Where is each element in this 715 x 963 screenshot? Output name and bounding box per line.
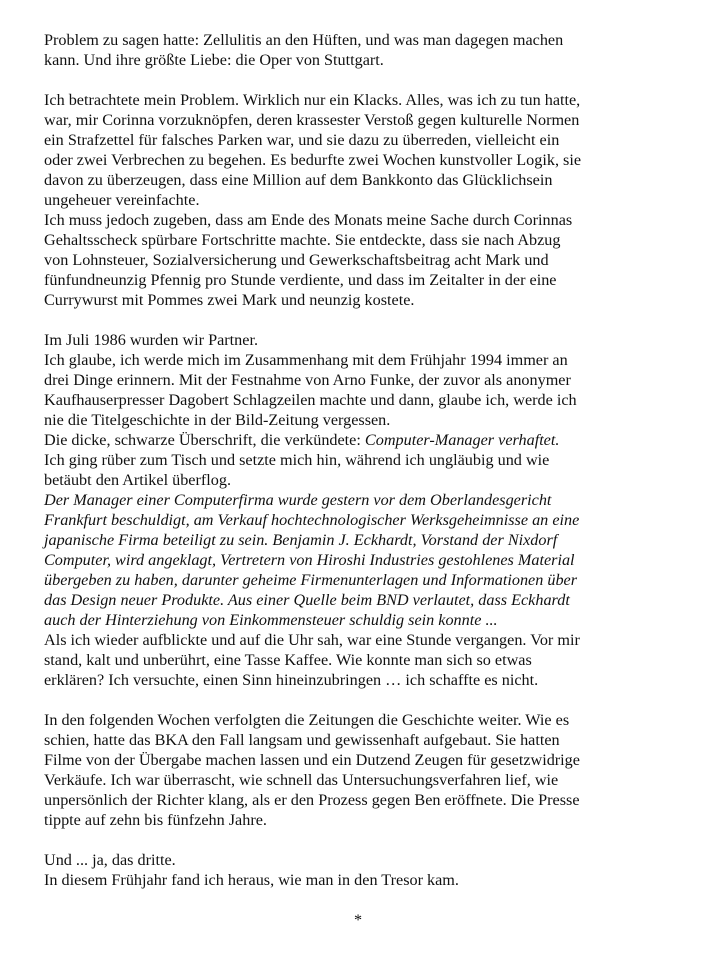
text-line: In den folgenden Wochen verfolgten die Z… (44, 710, 704, 730)
headline-intro: Die dicke, schwarze Überschrift, die ver… (44, 431, 365, 449)
text-line: In diesem Frühjahr fand ich heraus, wie … (44, 870, 704, 890)
text-line: oder zwei Verbrechen zu begehen. Es bedu… (44, 150, 704, 170)
text-line: ungeheuer vereinfachte. (44, 190, 704, 210)
quote-line: japanische Firma beteiligt zu sein. Benj… (44, 530, 704, 550)
headline-line: Die dicke, schwarze Überschrift, die ver… (44, 430, 704, 450)
quote-line: auch der Hinterziehung von Einkommensteu… (44, 610, 704, 630)
document-page: Problem zu sagen hatte: Zellulitis an de… (44, 30, 704, 930)
text-line: drei Dinge erinnern. Mit der Festnahme v… (44, 370, 704, 390)
text-line: Als ich wieder aufblickte und auf die Uh… (44, 630, 704, 650)
text-line: Verkäufe. Ich war überrascht, wie schnel… (44, 770, 704, 790)
text-line: von Lohnsteuer, Sozialversicherung und G… (44, 250, 704, 270)
text-line: davon zu überzeugen, dass eine Million a… (44, 170, 704, 190)
paragraph-gap (44, 310, 704, 330)
text-line: Filme von der Übergabe machen lassen und… (44, 750, 704, 770)
text-line: unpersönlich der Richter klang, als er d… (44, 790, 704, 810)
text-line: tippte auf zehn bis fünfzehn Jahre. (44, 810, 704, 830)
paragraph-gap (44, 830, 704, 850)
paragraph-gap (44, 690, 704, 710)
quote-line: Der Manager einer Computerfirma wurde ge… (44, 490, 704, 510)
text-line: war, mir Corinna vorzuknöpfen, deren kra… (44, 110, 704, 130)
quote-line: Computer, wird angeklagt, Vertretern von… (44, 550, 704, 570)
text-line: Ich betrachtete mein Problem. Wirklich n… (44, 90, 704, 110)
text-line: Ich glaube, ich werde mich im Zusammenha… (44, 350, 704, 370)
text-line: Im Juli 1986 wurden wir Partner. (44, 330, 704, 350)
text-line: nie die Titelgeschichte in der Bild-Zeit… (44, 410, 704, 430)
paragraph-gap (44, 70, 704, 90)
text-line: schien, hatte das BKA den Fall langsam u… (44, 730, 704, 750)
text-line: Gehaltsscheck spürbare Fortschritte mach… (44, 230, 704, 250)
paragraph: Ich betrachtete mein Problem. Wirklich n… (44, 90, 704, 310)
quote-line: Frankfurt beschuldigt, am Verkauf hochte… (44, 510, 704, 530)
text-line: Und ... ja, das dritte. (44, 850, 704, 870)
paragraph: Im Juli 1986 wurden wir Partner. Ich gla… (44, 330, 704, 690)
section-separator: * (44, 910, 672, 930)
article-quote: Der Manager einer Computerfirma wurde ge… (44, 490, 704, 630)
text-line: kann. Und ihre größte Liebe: die Oper vo… (44, 50, 704, 70)
text-line: Problem zu sagen hatte: Zellulitis an de… (44, 30, 704, 50)
text-line: stand, kalt und unberührt, eine Tasse Ka… (44, 650, 704, 670)
quote-line: das Design neuer Produkte. Aus einer Que… (44, 590, 704, 610)
text-line: Kaufhauserpresser Dagobert Schlagzeilen … (44, 390, 704, 410)
text-line: Currywurst mit Pommes zwei Mark und neun… (44, 290, 704, 310)
text-line: Ich ging rüber zum Tisch und setzte mich… (44, 450, 704, 470)
text-line: betäubt den Artikel überflog. (44, 470, 704, 490)
text-line: erklären? Ich versuchte, einen Sinn hine… (44, 670, 704, 690)
paragraph: In den folgenden Wochen verfolgten die Z… (44, 710, 704, 830)
paragraph: Problem zu sagen hatte: Zellulitis an de… (44, 30, 704, 70)
paragraph: Und ... ja, das dritte. In diesem Frühja… (44, 850, 704, 890)
text-line: Ich muss jedoch zugeben, dass am Ende de… (44, 210, 704, 230)
quote-line: übergeben zu haben, darunter geheime Fir… (44, 570, 704, 590)
paragraph-gap (44, 890, 704, 910)
newspaper-headline: Computer-Manager verhaftet. (365, 431, 560, 449)
text-line: ein Strafzettel für falsches Parken war,… (44, 130, 704, 150)
text-line: fünfundneunzig Pfennig pro Stunde verdie… (44, 270, 704, 290)
